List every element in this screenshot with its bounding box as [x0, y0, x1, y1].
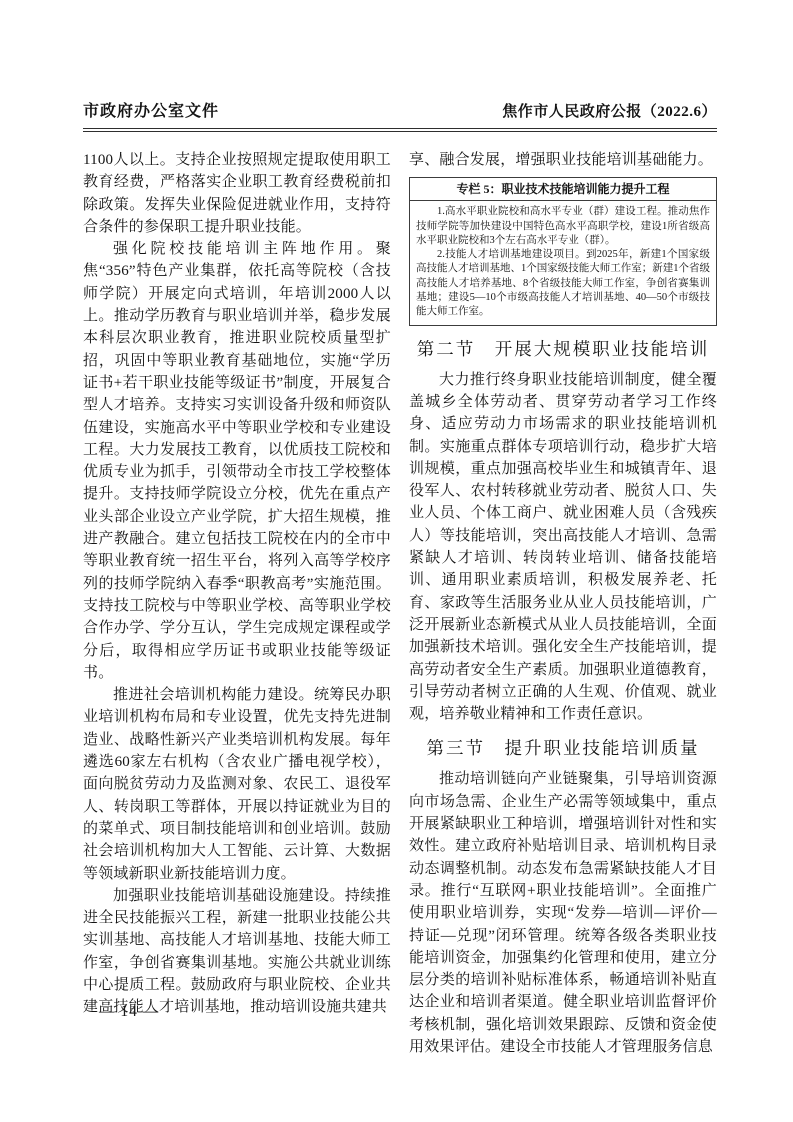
gazette-page: 市政府办公室文件 焦作市人民政府公报（2022.6） 1100人以上。支持企业按… — [0, 0, 793, 1122]
page-header: 市政府办公室文件 焦作市人民政府公报（2022.6） — [83, 98, 717, 132]
page-number: — 14 — — [99, 1003, 159, 1021]
left-column: 1100人以上。支持企业按照规定提取使用职工教育经费，严格落实企业职工教育经费税… — [83, 149, 391, 1058]
paragraph-infrastructure: 加强职业技能培训基础设施建设。持续推进全民技能振兴工程，新建一批职业技能公共实训… — [83, 885, 391, 1019]
feature-box-item-2: 2.技能人才培训基地建设项目。到2025年，新建1个国家级高技能人才培训基地、1… — [416, 248, 710, 319]
section-2-heading: 第二节 开展大规模职业技能培训 — [409, 336, 717, 361]
paragraph-continuation-right: 享、融合发展，增强职业技能培训基础能力。 — [409, 149, 717, 171]
paragraph-school-training: 强化院校技能培训主阵地作用。聚焦“356”特色产业集群，依托高等院校（含技师学院… — [83, 238, 391, 684]
two-column-body: 1100人以上。支持企业按照规定提取使用职工教育经费，严格落实企业职工教育经费税… — [83, 149, 717, 1058]
feature-box-body: 1.高水平职业院校和高水平专业（群）建设工程。推动焦作技师学院等加快建设中国特色… — [410, 201, 716, 324]
feature-box-title: 专栏 5：职业技术技能培训能力提升工程 — [410, 178, 716, 201]
header-right-title: 焦作市人民政府公报（2022.6） — [502, 100, 717, 121]
paragraph-social-institutions: 推进社会培训机构能力建设。统筹民办职业培训机构布局和专业设置，优先支持先进制造业… — [83, 684, 391, 885]
feature-box-column5: 专栏 5：职业技术技能培训能力提升工程 1.高水平职业院校和高水平专业（群）建设… — [409, 177, 717, 325]
right-column: 享、融合发展，增强职业技能培训基础能力。 专栏 5：职业技术技能培训能力提升工程… — [409, 149, 717, 1058]
section-3-heading: 第三节 提升职业技能培训质量 — [409, 735, 717, 760]
feature-box-item-1: 1.高水平职业院校和高水平专业（群）建设工程。推动焦作技师学院等加快建设中国特色… — [416, 205, 710, 248]
paragraph-section-3: 推动培训链向产业链聚集，引导培训资源向市场急需、企业生产必需等领域集中，重点开展… — [409, 768, 717, 1058]
paragraph-section-2: 大力推行终身职业技能培训制度，健全覆盖城乡全体劳动者、贯穿劳动者学习工作终身、适… — [409, 369, 717, 726]
header-left-title: 市政府办公室文件 — [83, 98, 219, 121]
paragraph-continuation: 1100人以上。支持企业按照规定提取使用职工教育经费，严格落实企业职工教育经费税… — [83, 149, 391, 238]
